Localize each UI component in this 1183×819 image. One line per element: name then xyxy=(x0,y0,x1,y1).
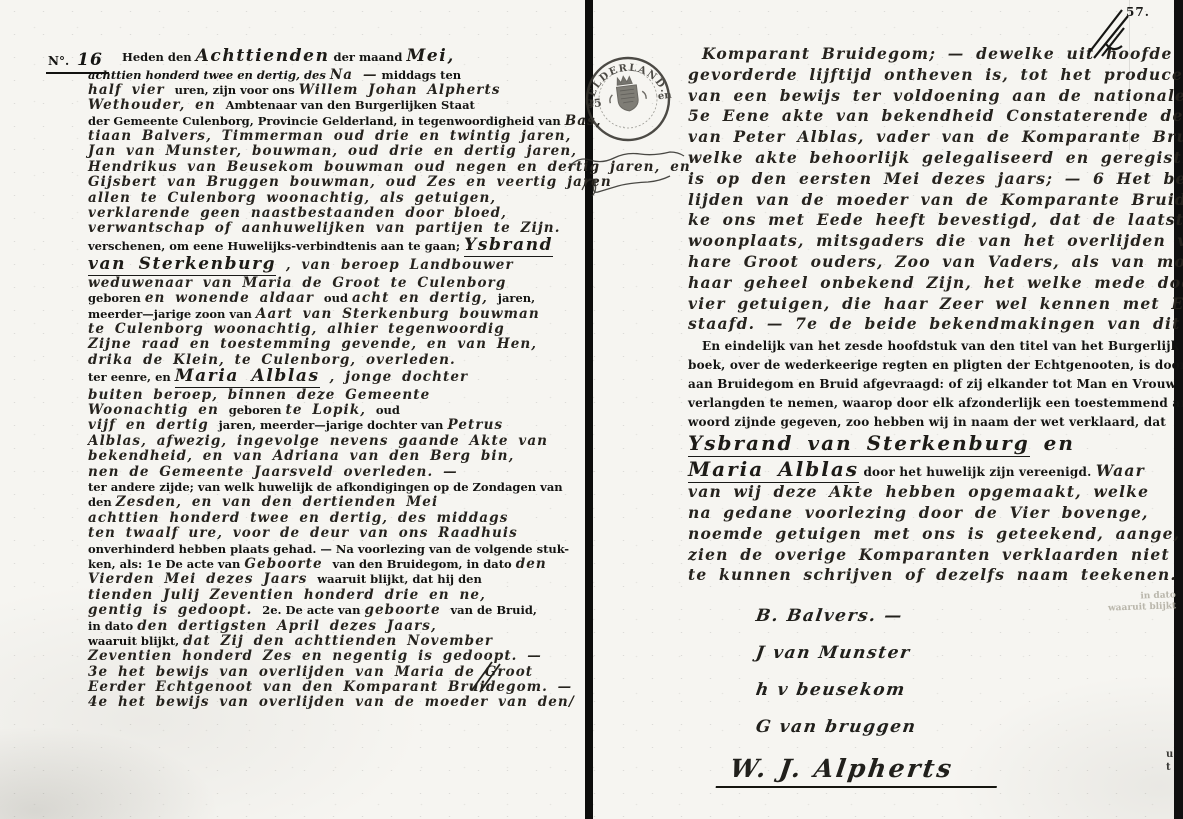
text-segment: haar geheel onbekend Zijn, het welke med… xyxy=(688,273,1183,292)
text-line: ter eenre, en Maria Alblas , jonge docht… xyxy=(88,366,564,386)
text-segment: 4e het bewijs van overlijden van de moed… xyxy=(88,694,575,710)
text-line: hare Groot ouders, Zoo van Vaders, als v… xyxy=(688,252,1170,273)
text-segment: , jonge dochter xyxy=(320,369,469,385)
text-segment: in dato xyxy=(88,619,137,633)
text-segment: gentig is gedoopt. xyxy=(88,602,262,618)
text-segment: ten twaalf ure, voor de deur van ons Raa… xyxy=(88,525,518,541)
text-segment: waaruit blijkt, xyxy=(88,634,183,648)
text-line: 4e het bewijs van overlijden van de moed… xyxy=(88,693,564,708)
text-segment: zien de overige Komparanten verklaarden … xyxy=(688,545,1170,564)
text-segment: Ambtenaar van den Burgerlijken Staat xyxy=(226,98,475,112)
text-segment: van de Bruid, xyxy=(450,603,536,617)
text-segment: der Gemeente Culenborg, Provincie Gelder… xyxy=(88,114,565,128)
text-segment: verlangden te nemen, waarop door elk afz… xyxy=(688,396,1183,410)
page-number: 57. xyxy=(1126,5,1150,19)
text-line: tienden Julij Zeventien honderd drie en … xyxy=(88,586,564,601)
text-line: van Peter Alblas, vader van de Komparant… xyxy=(688,127,1170,148)
text-line: vijf en dertig jaren, meerder—jarige doc… xyxy=(88,416,564,431)
text-segment: Maria Alblas xyxy=(175,366,320,388)
text-line: verlangden te nemen, waarop door elk afz… xyxy=(688,392,1170,411)
text-line: woonplaats, mitsgaders die van het overl… xyxy=(688,231,1170,252)
text-line: bekendheid, en van Adriana van den Berg … xyxy=(88,447,564,462)
text-segment: geboren xyxy=(88,291,145,305)
text-segment: ter eenre, en xyxy=(88,370,175,384)
text-segment: aan Bruidegom en Bruid afgevraagd: of zi… xyxy=(688,377,1176,391)
text-line: meerder—jarige zoon van Aart van Sterken… xyxy=(88,305,564,320)
text-line: den Zesden, en van den dertienden Mei xyxy=(88,493,564,508)
text-segment: onverhinderd hebben plaats gehad. — Na v… xyxy=(88,542,569,556)
text-segment: , van beroep Landbouwer xyxy=(276,257,514,273)
text-line: verklarende geen naastbestaanden door bl… xyxy=(88,204,564,219)
text-line: Woonachtig en geboren te Lopik, oud xyxy=(88,401,564,416)
text-segment: den xyxy=(88,495,116,509)
text-segment: ke ons met Eede heeft bevestigd, dat de … xyxy=(688,210,1183,229)
text-line: ken, als: 1e De acte van Geboorte van de… xyxy=(88,555,564,570)
text-segment: bekendheid, en van xyxy=(88,448,273,464)
text-line: noemde getuigen met ons is geteekend, aa… xyxy=(688,524,1170,545)
text-segment: oud xyxy=(324,291,352,305)
text-segment: Wethouder, en xyxy=(88,97,226,113)
text-line: allen te Culenborg woonachtig, als getui… xyxy=(88,189,564,204)
stamp-annotation-scribble xyxy=(564,146,696,202)
text-segment: Waar xyxy=(1096,461,1145,480)
text-segment: hare Groot ouders, Zoo van Vaders, als v… xyxy=(688,252,1183,271)
text-line: Zijne raad en toestemming gevende, en va… xyxy=(88,335,564,350)
text-line: Maria Alblas door het huwelijk zijn vere… xyxy=(688,456,1170,482)
text-line: achttien honderd twee en dertig, des mid… xyxy=(88,509,564,524)
text-segment: 2e. De acte van xyxy=(262,603,364,617)
text-segment: 5e Eene akte van bekendheid Constaterend… xyxy=(688,106,1183,125)
text-line: verwantschap of aanhuwelijken van partij… xyxy=(88,219,564,234)
text-line: Jan van Munster, bouwman, oud drie en de… xyxy=(88,142,564,157)
text-segment: te kunnen schrijven of dezelfs naam teek… xyxy=(688,565,1177,584)
text-segment: Achttienden xyxy=(196,46,330,66)
text-line: is op den eersten Mei dezes jaars; — 6 H… xyxy=(688,169,1170,190)
text-line: van een bewijs ter voldoening aan de nat… xyxy=(688,86,1170,107)
text-line: woord zijnde gegeven, zoo hebben wij in … xyxy=(688,411,1170,430)
text-segment: ken, als: 1e De acte van xyxy=(88,557,244,571)
text-segment: geboorte xyxy=(364,602,450,618)
text-line: buiten beroep, binnen deze Gemeente xyxy=(88,386,564,401)
edge-letter: t xyxy=(1166,761,1173,774)
text-line: drika de Klein, te Culenborg, overleden. xyxy=(88,351,564,366)
text-segment: van den Bruidegom, in dato xyxy=(333,557,516,571)
text-line: En eindelijk van het zesde hoofdstuk van… xyxy=(688,335,1170,354)
text-segment: van Sterkenburg xyxy=(88,254,276,276)
text-line: tiaan Balvers, Timmerman oud drie en twi… xyxy=(88,127,564,142)
right-page-text: Komparant Bruidegom; — dewelke uit hoofd… xyxy=(688,44,1170,586)
bleed-through-line: waaruit blijkt xyxy=(1076,601,1176,615)
text-segment: acht en dertig, xyxy=(352,290,498,306)
text-segment: staafd. — 7e de beide bekendmakingen van… xyxy=(688,314,1183,333)
text-segment: den xyxy=(516,556,547,572)
text-segment: gevorderde lijftijd ontheven is, tot het… xyxy=(688,65,1183,84)
text-line: in dato den dertigsten April dezes Jaars… xyxy=(88,617,564,632)
text-line: te Culenborg woonachtig, alhier tegenwoo… xyxy=(88,320,564,335)
text-segment: Heden den xyxy=(122,50,196,64)
text-line: vier getuigen, die haar Zeer wel kennen … xyxy=(688,294,1170,315)
act-number-label: N°. xyxy=(48,54,69,68)
text-line: van Sterkenburg , van beroep Landbouwer xyxy=(88,254,564,274)
signature: G van bruggen xyxy=(755,717,1001,737)
text-line: welke akte behoorlijk gelegaliseerd en g… xyxy=(688,148,1170,169)
text-segment: woord zijnde gegeven, zoo hebben wij in … xyxy=(688,415,1166,429)
text-segment: uren, zijn voor ons xyxy=(175,83,299,97)
text-segment: Maria Alblas xyxy=(688,457,859,483)
text-segment: ter andere zijde; van welk huwelijk de a… xyxy=(88,480,563,494)
text-line: Heden den Achttienden der maand Mei, xyxy=(88,46,564,66)
text-segment: vier getuigen, die haar Zeer wel kennen … xyxy=(688,294,1183,313)
text-line: half vier uren, zijn voor ons Willem Joh… xyxy=(88,81,564,96)
stamp-crest xyxy=(607,74,647,113)
signature: W. J. Alpherts xyxy=(716,754,1002,788)
bleed-through-text: in datowaaruit blijkt xyxy=(1076,590,1177,615)
text-segment: noemde getuigen met ons is geteekend, aa… xyxy=(688,524,1180,543)
text-line: Vierden Mei dezes Jaars waaruit blijkt, … xyxy=(88,570,564,585)
signature: h v beusekom xyxy=(755,680,1001,700)
text-segment: achttien honderd twee en dertig, des xyxy=(88,68,330,82)
text-segment: na gedane voorlezing door de Vier boveng… xyxy=(688,503,1149,522)
text-line: aan Bruidegom en Bruid afgevraagd: of zi… xyxy=(688,373,1170,392)
text-segment: en xyxy=(1030,431,1075,455)
text-line: haar geheel onbekend Zijn, het welke med… xyxy=(688,273,1170,294)
text-line: waaruit blijkt, dat Zij den achttienden … xyxy=(88,632,564,647)
text-segment: geboren xyxy=(229,403,286,417)
text-line: Ysbrand van Sterkenburg en xyxy=(688,430,1170,456)
revenue-stamp-graphic: GELDERLAND. 35 en xyxy=(578,48,679,150)
text-segment: Ysbrand van Sterkenburg xyxy=(688,431,1030,457)
stamp-right-text: en xyxy=(657,90,673,103)
text-segment: En eindelijk van het zesde hoofdstuk van… xyxy=(702,339,1183,353)
text-line: lijden van de moeder van de Komparante B… xyxy=(688,190,1170,211)
text-line: te kunnen schrijven of dezelfs naam teek… xyxy=(688,565,1170,586)
text-line: geboren en wonende aldaar oud acht en de… xyxy=(88,289,564,304)
text-line: ke ons met Eede heeft bevestigd, dat de … xyxy=(688,210,1170,231)
signature: B. Balvers. — xyxy=(755,606,1001,626)
text-line: zien de overige Komparanten verklaarden … xyxy=(688,545,1170,566)
edge-letter-fragments: ut xyxy=(1166,748,1173,774)
text-segment: waaruit blijkt, dat hij den xyxy=(317,572,482,586)
text-segment: Gijsbert van Bruggen bouwman, oud Zes en… xyxy=(88,174,612,190)
text-line: verschenen, om eene Huwelijks-verbindten… xyxy=(88,235,564,255)
text-segment: jaren, meerder—jarige dochter van xyxy=(219,418,448,432)
text-segment: is op den eersten Mei dezes jaars; — 6 H… xyxy=(688,169,1183,188)
text-segment: woonplaats, mitsgaders die van het overl… xyxy=(688,231,1183,250)
revenue-stamp: GELDERLAND. 35 en xyxy=(578,48,679,150)
stamp-left-text: 35 xyxy=(586,96,603,111)
text-segment: boek, over de wederkeerige regten en pli… xyxy=(688,358,1183,372)
text-segment: welke akte behoorlijk gelegaliseerd en g… xyxy=(688,148,1183,167)
text-segment: meerder—jarige zoon van xyxy=(88,307,256,321)
text-line: staafd. — 7e de beide bekendmakingen van… xyxy=(688,314,1170,335)
text-segment: lijden van de moeder van de Komparante B… xyxy=(688,190,1183,209)
text-line: achttien honderd twee en dertig, des Na … xyxy=(88,66,564,81)
text-line: nen de Gemeente Jaarsveld overleden. — xyxy=(88,463,564,478)
text-segment: der maand xyxy=(330,50,407,64)
text-segment: Vierden Mei dezes Jaars xyxy=(88,571,317,587)
text-line: Gijsbert van Bruggen bouwman, oud Zes en… xyxy=(88,173,564,188)
text-segment: Zesden, en van den dertienden Mei xyxy=(116,494,438,510)
text-segment: jaren, xyxy=(498,291,535,305)
text-segment: van een bewijs ter voldoening aan de nat… xyxy=(688,86,1183,105)
text-segment: oud xyxy=(376,403,400,417)
text-segment: Adriana van den Berg bin, xyxy=(273,448,515,464)
text-segment: van Peter Alblas, vader van de Komparant… xyxy=(688,127,1183,146)
text-line: gentig is gedoopt. 2e. De acte van geboo… xyxy=(88,601,564,616)
text-segment: Zijne raad en toestemming gevende, en va… xyxy=(88,336,537,352)
text-segment: Mei, xyxy=(406,46,454,66)
text-line: weduwenaar van Maria de Groot te Culenbo… xyxy=(88,274,564,289)
edge-letter: u xyxy=(1166,748,1173,761)
text-line: boek, over de wederkeerige regten en pli… xyxy=(688,354,1170,373)
text-line: Hendrikus van Beusekom bouwman oud negen… xyxy=(88,158,564,173)
left-page-text: Heden den Achttienden der maand Mei,acht… xyxy=(88,46,564,709)
end-flourish xyxy=(468,658,502,694)
text-segment: verschenen, om eene Huwelijks-verbindten… xyxy=(88,239,464,253)
signatures-block: B. Balvers. —J van Munsterh v beusekomG … xyxy=(756,606,999,805)
text-line: Wethouder, en Ambtenaar van den Burgerli… xyxy=(88,96,564,111)
signature: J van Munster xyxy=(755,643,1001,663)
text-segment: van wij deze Akte hebben opgemaakt, welk… xyxy=(688,482,1149,501)
text-line: na gedane voorlezing door de Vier boveng… xyxy=(688,503,1170,524)
text-line: gevorderde lijftijd ontheven is, tot het… xyxy=(688,65,1170,86)
text-segment: middags ten xyxy=(378,68,462,82)
text-line: ter andere zijde; van welk huwelijk de a… xyxy=(88,478,564,493)
text-segment: en wonende aldaar xyxy=(145,290,324,306)
text-line: 5e Eene akte van bekendheid Constaterend… xyxy=(688,106,1170,127)
text-line: ten twaalf ure, voor de deur van ons Raa… xyxy=(88,524,564,539)
text-line: Alblas, afwezig, ingevolge nevens gaande… xyxy=(88,432,564,447)
text-line: onverhinderd hebben plaats gehad. — Na v… xyxy=(88,540,564,555)
scanned-document: N°.16 Heden den Achttienden der maand Me… xyxy=(0,0,1183,819)
text-line: der Gemeente Culenborg, Provincie Gelder… xyxy=(88,112,564,127)
text-segment: door het huwelijk zijn vereenigd. xyxy=(859,465,1096,479)
text-line: van wij deze Akte hebben opgemaakt, welk… xyxy=(688,482,1170,503)
